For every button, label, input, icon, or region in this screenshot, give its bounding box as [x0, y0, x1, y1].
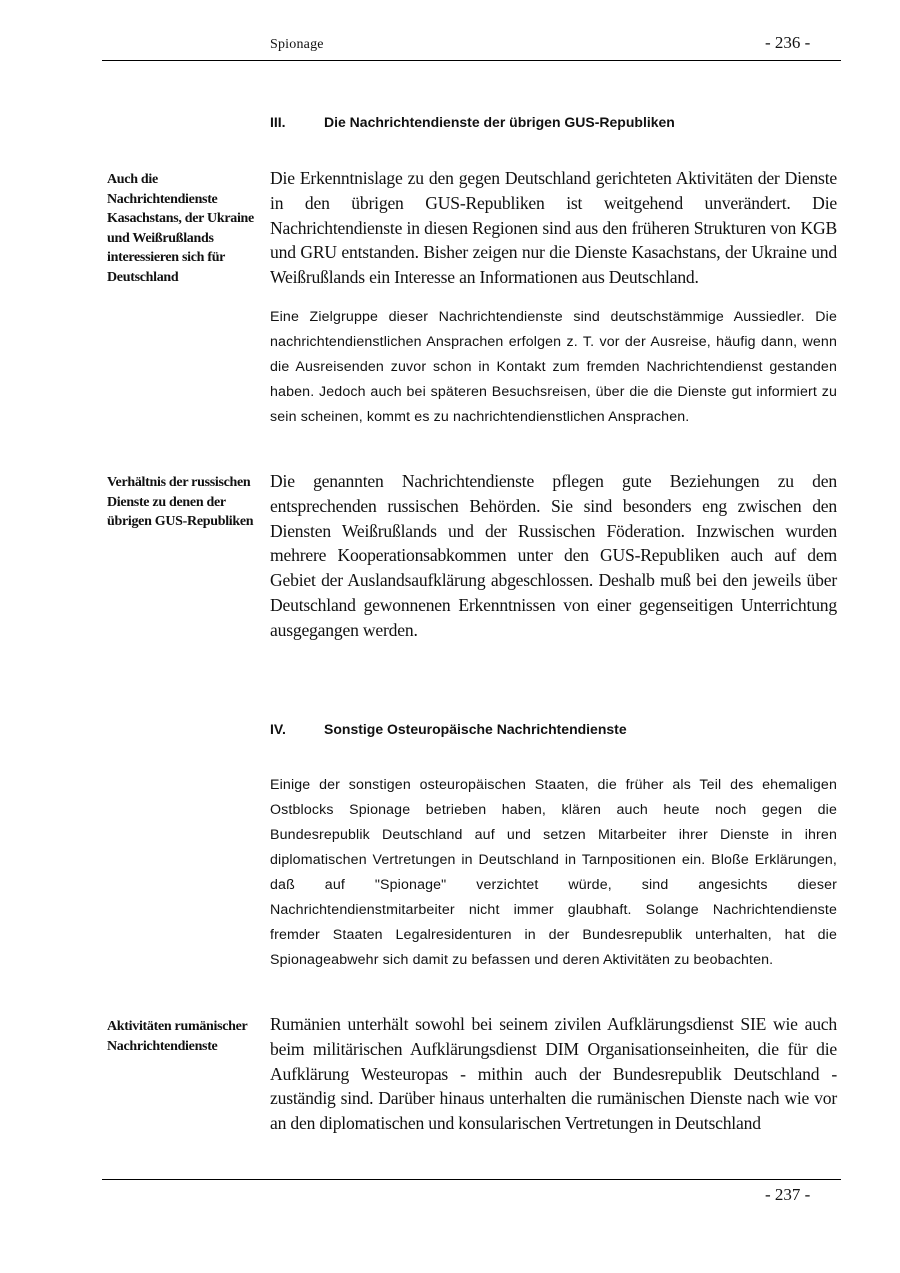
paragraph-target-group: Eine Zielgruppe dieser Nachrichtendienst…	[270, 305, 837, 430]
header-page-number: - 236 -	[765, 33, 810, 53]
margin-note-russian-relations: Verhältnis der russischen Dienste zu den…	[107, 473, 267, 532]
header-rule	[102, 60, 841, 61]
paragraph-cooperation: Die genannten Nachrichtendienste pflegen…	[270, 469, 837, 643]
footer-page-number: - 237 -	[765, 1185, 810, 1205]
footer-rule	[102, 1179, 841, 1180]
running-header-title: Spionage	[270, 37, 324, 53]
paragraph-romania: Rumänien unterhält sowohl bei seinem ziv…	[270, 1012, 837, 1136]
section-heading-iv: IV.Sonstige Osteuropäische Nachrichtendi…	[270, 721, 627, 737]
paragraph-gus-overview: Die Erkenntnislage zu den gegen Deutschl…	[270, 166, 837, 290]
margin-note-gus-interest: Auch die Nachrichtendienste Kasachstans,…	[107, 170, 267, 287]
section-number: IV.	[270, 721, 324, 737]
section-number: III.	[270, 114, 324, 130]
paragraph-eastern-europe: Einige der sonstigen osteuropäischen Sta…	[270, 773, 837, 973]
section-title: Sonstige Osteuropäische Nachrichtendiens…	[324, 721, 627, 737]
section-title: Die Nachrichtendienste der übrigen GUS-R…	[324, 114, 675, 130]
section-heading-iii: III.Die Nachrichtendienste der übrigen G…	[270, 114, 675, 130]
margin-note-romania: Aktivitäten rumänischer Nachrichtendiens…	[107, 1017, 267, 1056]
